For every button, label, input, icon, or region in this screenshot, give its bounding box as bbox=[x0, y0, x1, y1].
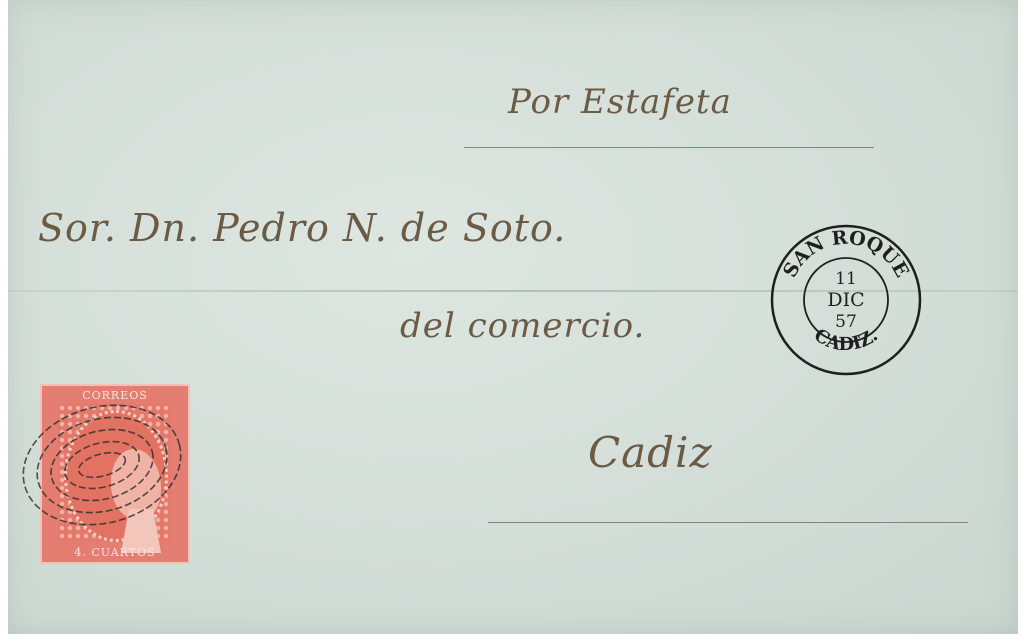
svg-text:11: 11 bbox=[835, 269, 857, 289]
routing-note: Por Estafeta bbox=[508, 82, 732, 122]
routing-underline bbox=[464, 147, 874, 148]
addressee-line-2: del comercio. bbox=[400, 306, 645, 346]
destination: Cadiz bbox=[588, 428, 713, 477]
grid-cancellation bbox=[14, 400, 184, 530]
addressee-line-1: Sor. Dn. Pedro N. de Soto. bbox=[38, 206, 566, 250]
postmark: SAN ROQUE CADIZ. 11 DIC 57 bbox=[768, 222, 924, 378]
svg-text:57: 57 bbox=[835, 312, 857, 332]
destination-underline bbox=[488, 522, 968, 523]
stamp-value-label: 4. CUARTOS bbox=[42, 546, 188, 559]
svg-text:DIC: DIC bbox=[827, 289, 864, 311]
